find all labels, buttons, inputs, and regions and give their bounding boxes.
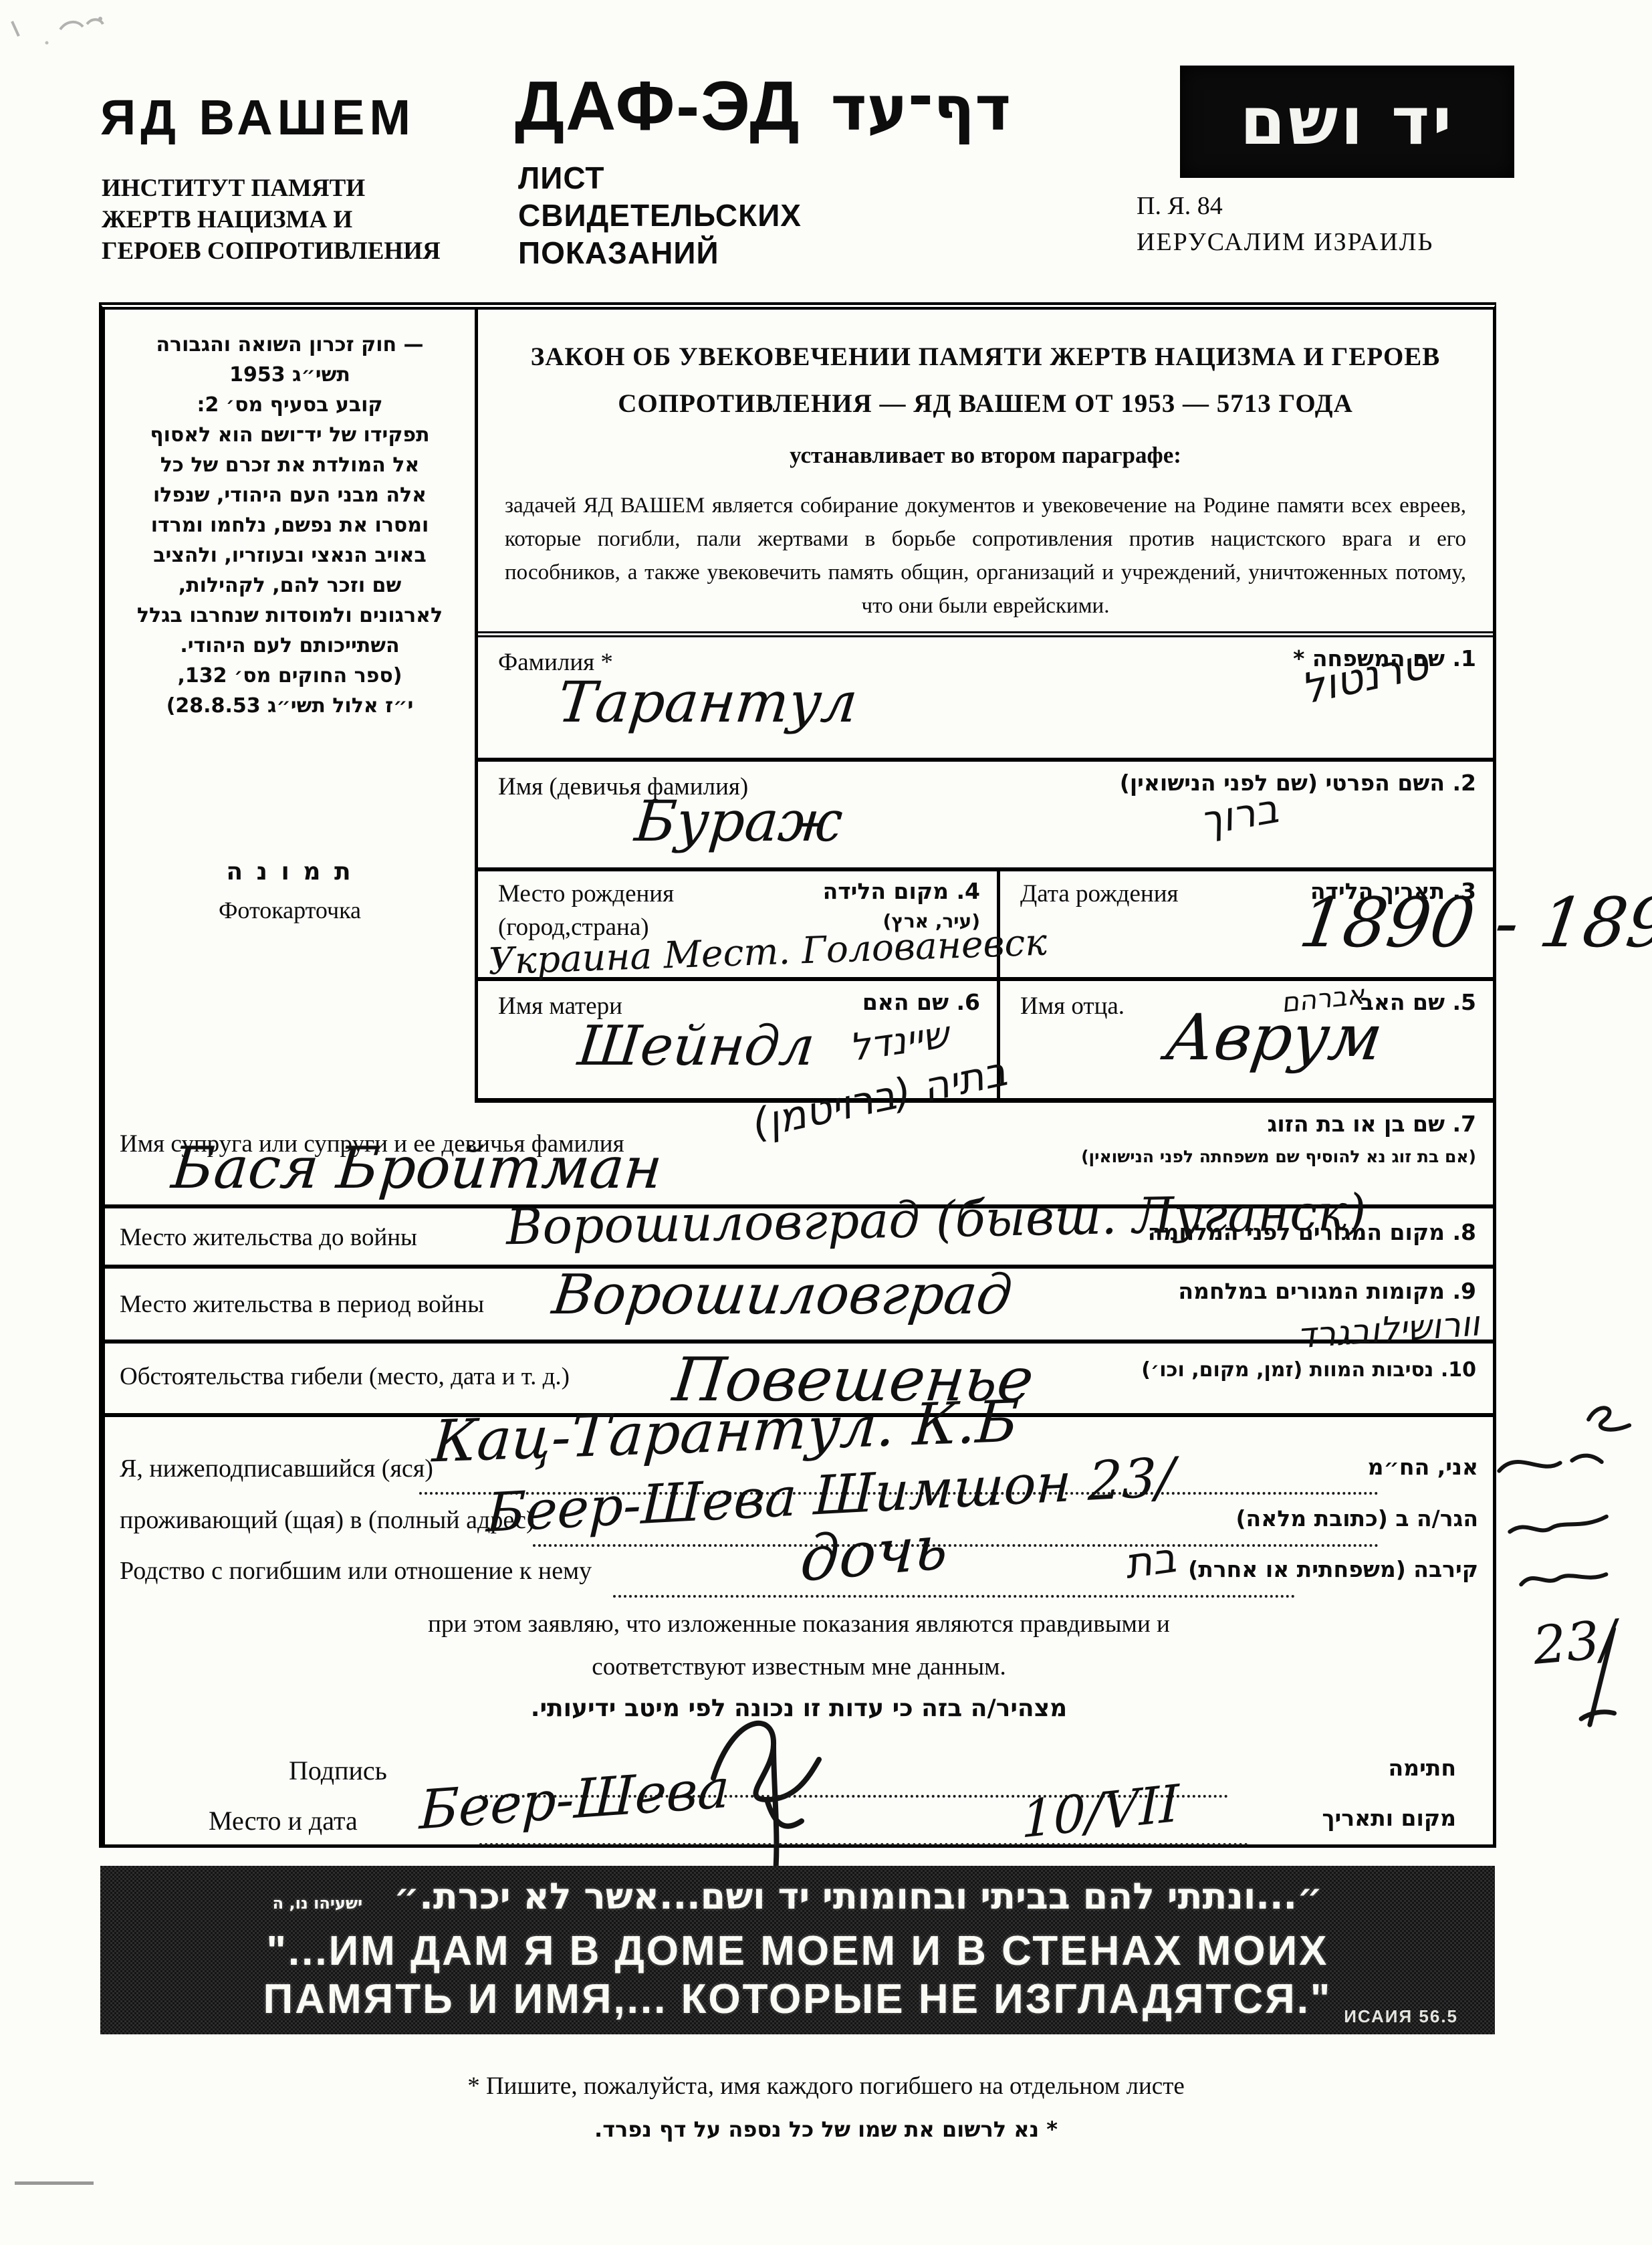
father-value: Аврум	[1161, 1001, 1387, 1075]
banner-russian-line2: ПАМЯТЬ И ИМЯ,... КОТОРЫЕ НЕ ИЗГЛАДЯТСЯ."	[100, 1975, 1495, 2023]
banner-russian-source: ИСАИЯ 56.5	[1344, 2006, 1458, 2027]
declaration-section: Я, нижеподписавшийся (яся) אני, הח״מ Кац…	[105, 1417, 1493, 1844]
birthdate-label-ru: Дата рождения	[1020, 879, 1179, 908]
law-title-line1: ЗАКОН ОБ УВЕКОВЕЧЕНИИ ПАМЯТИ ЖЕРТВ НАЦИЗ…	[478, 342, 1493, 372]
law-line: — חוק זכרון השואה והגבורה	[105, 330, 475, 360]
banner-hebrew-source: ישעיהו נו, ה	[273, 1894, 362, 1913]
form-title-cyrillic: ДАФ-ЭД	[515, 67, 801, 146]
birthplace-label-he1: 4. מקום הלידה	[823, 878, 980, 904]
field-row-residence-war: Место жительства в период войны 9. מקומו…	[105, 1269, 1493, 1344]
yad-vashem-logo: יד ושם	[1180, 66, 1514, 178]
scan-noise	[15, 2181, 94, 2185]
footnote-russian: * Пишите, пожалуйста, имя каждого погибш…	[0, 2072, 1652, 2101]
org-subtitle-line: ИНСТИТУТ ПАМЯТИ	[102, 173, 441, 204]
field-row-birth: Место рождения (город,страна) 4. מקום הל…	[478, 871, 1493, 981]
hebrew-law-sidebar: — חוק זכרון השואה והגבורה תשי״ג 1953 קוב…	[105, 310, 478, 1103]
law-line: לארגונים ולמוסדות שנחרבו בגלל	[105, 601, 475, 631]
hebrew-law-text: — חוק זכרון השואה והגבורה תשי״ג 1953 קוב…	[105, 330, 475, 721]
residence-war-value: Ворошиловград	[549, 1263, 1016, 1327]
law-line: (ספר החוקים מס׳ 132,	[105, 661, 475, 691]
spouse-label-he2: (אם בת זוג נא להוסיף שם משפחתה לפני הניש…	[1081, 1147, 1476, 1166]
margin-annotation: 23/	[1487, 1392, 1652, 1738]
address-label-he: הגר/ה ב (כתובת מלאה)	[1235, 1505, 1478, 1531]
relation-line	[613, 1595, 1295, 1598]
logo-hebrew-text: יד ושם	[1240, 84, 1455, 160]
photo-label-russian: Фотокарточка	[105, 896, 475, 924]
place-date-label-ru: Место и дата	[209, 1805, 358, 1836]
death-label-he: 10. נסיבות המוות (זמן, מקום, וכו׳)	[1141, 1358, 1476, 1382]
death-label-ru: Обстоятельства гибели (место, дата и т. …	[120, 1362, 570, 1391]
place-date-line	[479, 1843, 1248, 1846]
law-line: אלה מבני העם היהודי, שנפלו	[105, 480, 475, 510]
mother-value: Шейндл	[575, 1014, 818, 1078]
law-line: באויב הנאצי ובעוזריו, ולהציב	[105, 540, 475, 570]
form-subtitle-line: СВИДЕТЕЛЬСКИХ	[518, 197, 802, 234]
mother-label-he: 6. שם האם	[862, 989, 980, 1015]
isaiah-quote-banner: ״...ונתתי להם בביתי ובחומותי יד ושם...אש…	[100, 1866, 1495, 2034]
org-subtitle-line: ЖЕРТВ НАЦИЗМА И	[102, 204, 441, 235]
birthplace-label-ru1: Место рождения	[498, 879, 674, 908]
page-of-testimony: ЯД ВАШЕМ ИНСТИТУТ ПАМЯТИ ЖЕРТВ НАЦИЗМА И…	[0, 0, 1652, 2245]
address-line	[533, 1544, 1379, 1547]
statement-line1: при этом заявляю, что изложенные показан…	[105, 1610, 1493, 1638]
birthdate-value: 1890 - 1891	[1295, 883, 1652, 963]
law-line: תשי״ג 1953	[105, 360, 475, 390]
testimony-form: — חוק זכרון השואה והגבורה תשי״ג 1953 קוב…	[99, 302, 1496, 1848]
address-label-ru: проживающий (щая) в (полный адрес)	[120, 1505, 535, 1535]
signature-label-he: חתימה	[1389, 1755, 1456, 1781]
relation-label-ru: Родство с погибшим или отношение к нему	[120, 1556, 592, 1586]
form-subtitle-line: ЛИСТ	[518, 159, 802, 197]
org-name: ЯД ВАШЕМ	[100, 89, 415, 146]
field-row-surname: Фамилия * 1. שם המשפחה * Тарантул טרנטול	[478, 637, 1493, 762]
law-body: задачей ЯД ВАШЕМ является собирание доку…	[505, 489, 1466, 623]
father-label-ru: Имя отца.	[1020, 992, 1125, 1021]
firstname-label-he: 2. השם הפרטי (שם לפני הנישואין)	[1120, 770, 1476, 796]
field-row-residence-prewar: Место жительства до войны 8. מקום המגורי…	[105, 1208, 1493, 1269]
form-subtitle-line: ПОКАЗАНИЙ	[518, 234, 802, 272]
residence-war-label-ru: Место жительства в период войны	[120, 1290, 484, 1319]
place-date-label-he: מקום ותאריך	[1322, 1805, 1456, 1831]
org-subtitle: ИНСТИТУТ ПАМЯТИ ЖЕРТВ НАЦИЗМА И ГЕРОЕВ С…	[102, 173, 441, 267]
relation-value-hebrew: בת	[1121, 1533, 1179, 1588]
law-line: קובע בסעיף מס׳ 2:	[105, 390, 475, 420]
city-line: ИЕРУСАЛИМ ИЗРАИЛЬ	[1137, 227, 1433, 257]
law-line: אל המולדת את זכרם של כל	[105, 450, 475, 480]
spouse-value: Бася Бройтман	[169, 1135, 665, 1202]
residence-war-label-he: 9. מקומות המגורים במלחמה	[1178, 1278, 1476, 1304]
declarant-label-ru: Я, нижеподписавшийся (яся)	[120, 1454, 433, 1483]
declarant-label-he: אני, הח״מ	[1368, 1454, 1478, 1480]
surname-value: Тарантул	[555, 669, 860, 735]
law-statement-box: ЗАКОН ОБ УВЕКОВЕЧЕНИИ ПАМЯТИ ЖЕРТВ НАЦИЗ…	[478, 310, 1493, 637]
relation-value: дочь	[799, 1511, 950, 1596]
banner-hebrew-line: ״...ונתתי להם בביתי ובחומותי יד ושם...אש…	[100, 1875, 1495, 1917]
law-title-line2: СОПРОТИВЛЕНИЯ — ЯД ВАШЕМ ОТ 1953 — 5713 …	[478, 389, 1493, 419]
banner-russian-line1: "...ИМ ДАМ Я В ДОМЕ МОЕМ И В СТЕНАХ МОИХ	[100, 1927, 1495, 1975]
scan-noise	[7, 9, 154, 70]
relation-label-he: קירבה (משפחתית או אחרת)	[1188, 1556, 1478, 1582]
law-line: השתייכותם לעם היהודי.	[105, 631, 475, 661]
law-line: שם וזכר להם, לקהילות,	[105, 570, 475, 601]
spouse-label-he: 7. שם בן או בת הזוג	[1268, 1111, 1476, 1137]
form-title-hebrew: דף־עד	[831, 73, 1012, 144]
statement-line2: соответствуют известным мне данным.	[105, 1652, 1493, 1681]
form-subtitle: ЛИСТ СВИДЕТЕЛЬСКИХ ПОКАЗАНИЙ	[518, 159, 802, 272]
law-line: י״ז אלול תשי״ג 28.8.53)	[105, 691, 475, 721]
law-subtitle: устанавливает во втором параграфе:	[478, 442, 1493, 469]
signature-label-ru: Подпись	[289, 1755, 387, 1786]
law-line: תפקידו של יד־ושם הוא לאסוף	[105, 420, 475, 450]
field-row-firstname: Имя (девичья фамилия) 2. השם הפרטי (שם ל…	[478, 762, 1493, 871]
banner-hebrew-quote: ״...ונתתי להם בביתי ובחומותי יד ושם...אש…	[394, 1875, 1322, 1917]
photo-label-hebrew: ת מ ו נ ה	[105, 858, 475, 885]
residence-prewar-label-ru: Место жительства до войны	[120, 1223, 417, 1252]
org-subtitle-line: ГЕРОЕВ СОПРОТИВЛЕНИЯ	[102, 235, 441, 267]
date-value: 10/VII	[1022, 1773, 1179, 1849]
po-box: П. Я. 84	[1137, 191, 1223, 221]
law-line: ומסרו את נפשם, נלחמו ומרדו	[105, 510, 475, 540]
form-title: ДАФ-ЭД דף־עד	[515, 67, 1011, 146]
firstname-value: Бураж	[632, 788, 845, 854]
footnote-hebrew: * נא לרשום את שמו של כל נספה על דף נפרד.	[0, 2117, 1652, 2142]
photo-placeholder: ת מ ו נ ה Фотокарточка	[105, 858, 475, 924]
